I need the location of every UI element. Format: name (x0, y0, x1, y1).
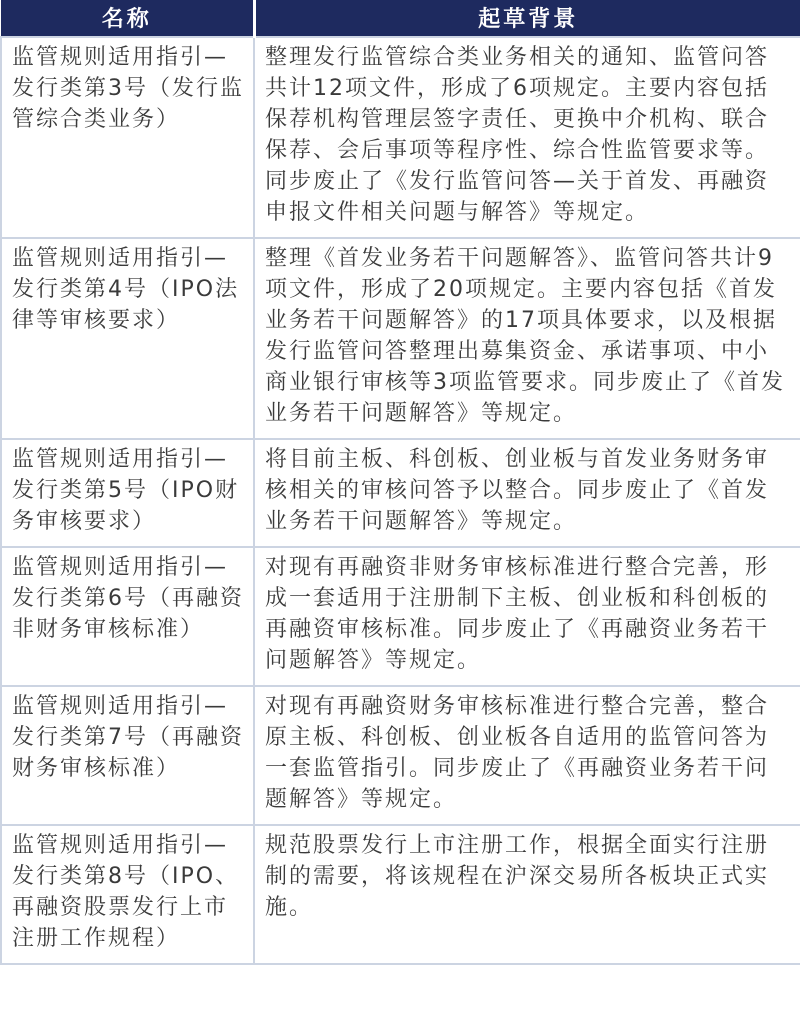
drafting-background-cell: 整理《首发业务若干问题解答》、监管问答共计9项文件，形成了20项规定。主要内容包… (254, 238, 800, 439)
rule-name-cell: 监管规则适用指引—发行类第8号（IPO、再融资股票发行上市注册工作规程） (1, 825, 254, 964)
column-header-name: 名称 (1, 0, 254, 37)
table-header-row: 名称 起草背景 (1, 0, 800, 37)
table-row: 监管规则适用指引—发行类第6号（再融资非财务审核标准） 对现有再融资非财务审核标… (1, 547, 800, 686)
rule-name-cell: 监管规则适用指引—发行类第3号（发行监管综合类业务） (1, 37, 254, 238)
drafting-background-cell: 对现有再融资非财务审核标准进行整合完善，形成一套适用于注册制下主板、创业板和科创… (254, 547, 800, 686)
drafting-background-cell: 对现有再融资财务审核标准进行整合完善，整合原主板、科创板、创业板各自适用的监管问… (254, 686, 800, 825)
table-row: 监管规则适用指引—发行类第7号（再融资财务审核标准） 对现有再融资财务审核标准进… (1, 686, 800, 825)
rule-name-cell: 监管规则适用指引—发行类第6号（再融资非财务审核标准） (1, 547, 254, 686)
document-page: 名称 起草背景 监管规则适用指引—发行类第3号（发行监管综合类业务） 整理发行监… (0, 0, 800, 965)
regulation-guidelines-table: 名称 起草背景 监管规则适用指引—发行类第3号（发行监管综合类业务） 整理发行监… (0, 0, 800, 965)
rule-name-cell: 监管规则适用指引—发行类第5号（IPO财务审核要求） (1, 439, 254, 547)
column-header-drafting-background: 起草背景 (254, 0, 800, 37)
drafting-background-cell: 将目前主板、科创板、创业板与首发业务财务审核相关的审核问答予以整合。同步废止了《… (254, 439, 800, 547)
drafting-background-cell: 整理发行监管综合类业务相关的通知、监管问答共计12项文件，形成了6项规定。主要内… (254, 37, 800, 238)
rule-name-cell: 监管规则适用指引—发行类第4号（IPO法律等审核要求） (1, 238, 254, 439)
table-body: 监管规则适用指引—发行类第3号（发行监管综合类业务） 整理发行监管综合类业务相关… (1, 37, 800, 964)
rule-name-cell: 监管规则适用指引—发行类第7号（再融资财务审核标准） (1, 686, 254, 825)
drafting-background-cell: 规范股票发行上市注册工作，根据全面实行注册制的需要，将该规程在沪深交易所各板块正… (254, 825, 800, 964)
table-row: 监管规则适用指引—发行类第3号（发行监管综合类业务） 整理发行监管综合类业务相关… (1, 37, 800, 238)
table-row: 监管规则适用指引—发行类第8号（IPO、再融资股票发行上市注册工作规程） 规范股… (1, 825, 800, 964)
table-row: 监管规则适用指引—发行类第5号（IPO财务审核要求） 将目前主板、科创板、创业板… (1, 439, 800, 547)
table-row: 监管规则适用指引—发行类第4号（IPO法律等审核要求） 整理《首发业务若干问题解… (1, 238, 800, 439)
